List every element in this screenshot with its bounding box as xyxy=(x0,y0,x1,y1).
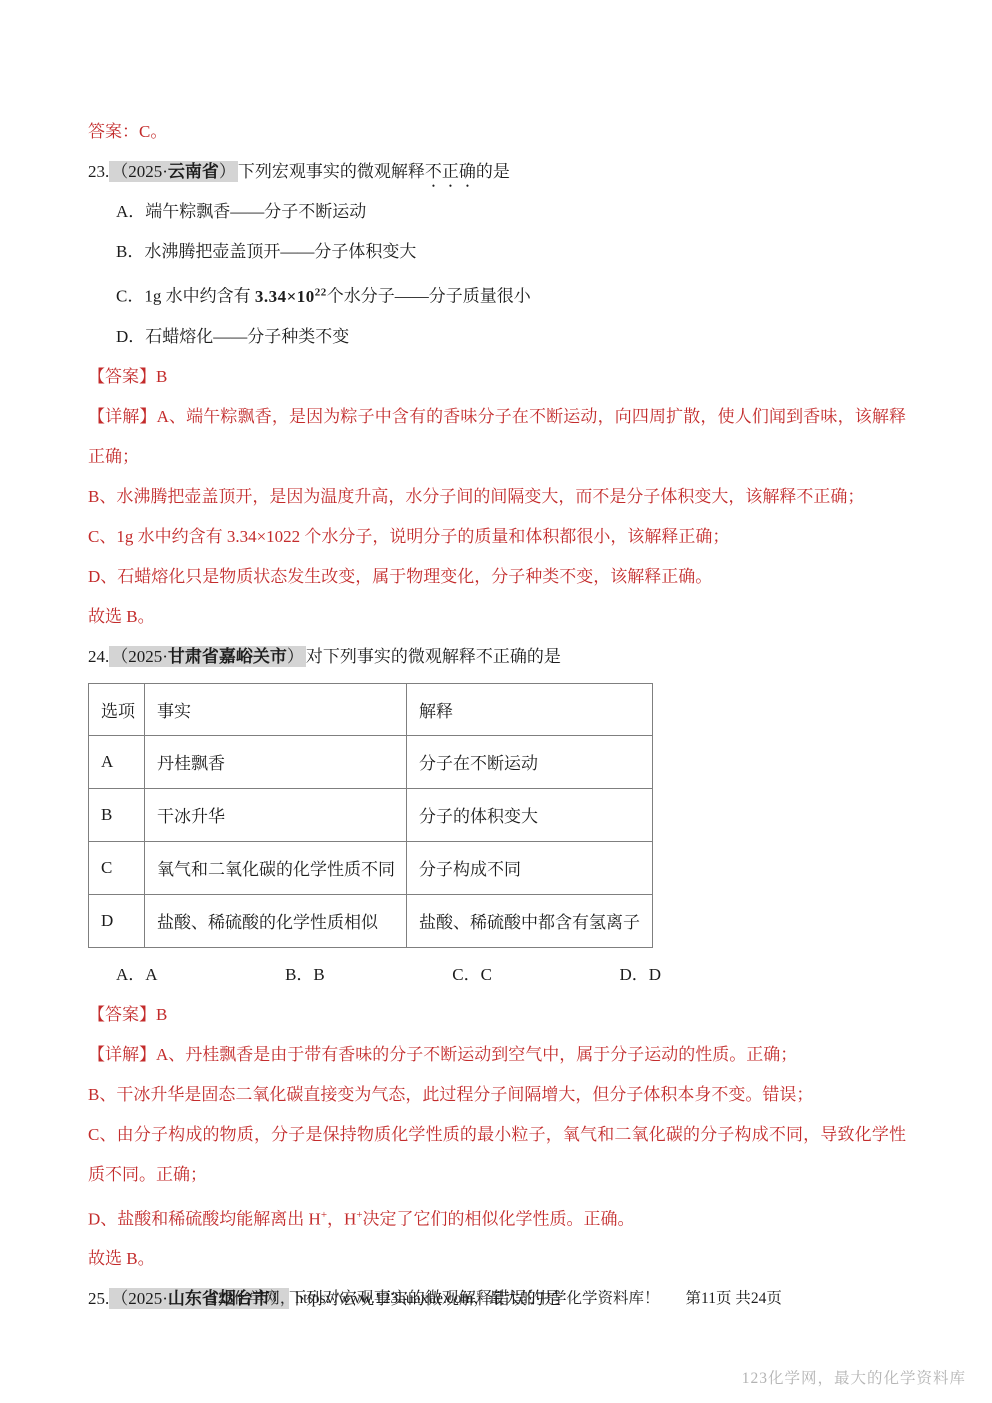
question-24-analysis-b: B、干冰升华是固态二氧化碳直接变为气态，此过程分子间隔增大，但分子体积本身不变。… xyxy=(88,1075,906,1115)
source-close: ） xyxy=(287,647,304,666)
table-header-row: 选项 事实 解释 xyxy=(89,683,653,735)
option-b-label: B． xyxy=(116,242,144,261)
stem-emphasized-text: 不正确 xyxy=(425,162,476,181)
table-cell-explanation: 分子在不断运动 xyxy=(407,735,653,788)
source-open: （2025· xyxy=(111,647,168,666)
table-cell-option: D xyxy=(89,894,145,947)
question-24-stem: 24.（2025·甘肃省嘉峪关市）对下列事实的微观解释不正确的是 xyxy=(88,637,906,677)
option-a: A．端午粽飘香——分子不断运动 xyxy=(116,192,906,232)
question-23-number: 23. xyxy=(88,162,109,181)
table-row: D 盐酸、稀硫酸的化学性质相似 盐酸、稀硫酸中都含有氢离子 xyxy=(89,894,653,947)
document-page: 答案：C。 23.（2025·云南省）下列宏观事实的微观解释不正确的是 A．端午… xyxy=(0,0,992,1319)
question-24-table: 选项 事实 解释 A 丹桂飘香 分子在不断运动 B 干冰升华 分子的体积变大 C… xyxy=(88,683,653,948)
question-23-conclusion: 故选 B。 xyxy=(88,597,906,637)
question-23-source-tag: （2025·云南省） xyxy=(109,161,238,182)
analysis-d-text: D、盐酸和稀硫酸均能解离出 H xyxy=(88,1209,321,1228)
table-cell-option: C xyxy=(89,841,145,894)
table-row: C 氧气和二氧化碳的化学性质不同 分子构成不同 xyxy=(89,841,653,894)
table-cell-option: A xyxy=(89,735,145,788)
table-cell-fact: 氧气和二氧化碳的化学性质不同 xyxy=(145,841,407,894)
option-c-label: C． xyxy=(116,287,144,306)
option-a-label: A． xyxy=(116,202,145,221)
option-d-label: D． xyxy=(116,327,145,346)
choice-d: D．D xyxy=(619,955,661,995)
option-b: B．水沸腾把壶盖顶开——分子体积变大 xyxy=(116,232,906,272)
table-row: A 丹桂飘香 分子在不断运动 xyxy=(89,735,653,788)
table-row: B 干冰升华 分子的体积变大 xyxy=(89,788,653,841)
question-24-analysis-d: D、盐酸和稀硫酸均能解离出 H+，H+决定了它们的相似化学性质。正确。 xyxy=(88,1195,906,1240)
question-23-analysis-b: B、水沸腾把壶盖顶开，是因为温度升高，水分子间的间隔变大，而不是分子体积变大，该… xyxy=(88,477,906,517)
table-cell-fact: 丹桂飘香 xyxy=(145,735,407,788)
formula-exponent: 22 xyxy=(315,286,327,298)
formula-base: 3.34×10 xyxy=(255,287,315,306)
stem-text: 下列宏观事实的微观解释 xyxy=(238,162,425,181)
stem-text-end: 的是 xyxy=(476,162,510,181)
option-c: C．1g 水中约含有 3.34×1022个水分子——分子质量很小 xyxy=(116,272,906,317)
stem-text: 对下列事实的微观解释不正确的是 xyxy=(306,647,561,666)
source-region: 云南省 xyxy=(168,162,219,181)
question-23-analysis-a: 【详解】A、端午粽飘香，是因为粽子中含有的香味分子在不断运动，向四周扩散，使人们… xyxy=(88,397,906,477)
choice-c: C．C xyxy=(452,955,492,995)
table-header-fact: 事实 xyxy=(145,683,407,735)
source-close: ） xyxy=(219,162,236,181)
option-d: D．石蜡熔化——分子种类不变 xyxy=(116,317,906,357)
option-c-text-pre: 1g 水中约含有 xyxy=(144,287,255,306)
question-24-answer: 【答案】B xyxy=(88,995,906,1035)
table-cell-option: B xyxy=(89,788,145,841)
table-cell-explanation: 分子构成不同 xyxy=(407,841,653,894)
question-24-number: 24. xyxy=(88,647,109,666)
source-open: （2025· xyxy=(111,162,168,181)
option-d-text: 石蜡熔化——分子种类不变 xyxy=(145,327,349,346)
table-header-explanation: 解释 xyxy=(407,683,653,735)
page-number: 第11页 共24页 xyxy=(686,1290,782,1307)
question-24-conclusion: 故选 B。 xyxy=(88,1239,906,1279)
question-23-options: A．端午粽飘香——分子不断运动 B．水沸腾把壶盖顶开——分子体积变大 C．1g … xyxy=(116,192,906,357)
option-b-text: 水沸腾把壶盖顶开——分子体积变大 xyxy=(144,242,416,261)
question-24-analysis-a: 【详解】A、丹桂飘香是由于带有香味的分子不断运动到空气中，属于分子运动的性质。正… xyxy=(88,1035,906,1075)
question-24-analysis-c: C、由分子构成的物质，分子是保持物质化学性质的最小粒子，氧气和二氧化碳的分子构成… xyxy=(88,1115,906,1195)
table-header-option: 选项 xyxy=(89,683,145,735)
question-23-answer: 【答案】B xyxy=(88,357,906,397)
choice-b: B．B xyxy=(285,955,325,995)
question-24-choices: A．A B．B C．C D．D xyxy=(116,955,661,995)
analysis-d-text-end: 决定了它们的相似化学性质。正确。 xyxy=(363,1209,635,1228)
option-c-text-post: 个水分子——分子质量很小 xyxy=(327,287,531,306)
table-cell-explanation: 盐酸、稀硫酸中都含有氢离子 xyxy=(407,894,653,947)
prev-answer-line: 答案：C。 xyxy=(88,112,906,152)
source-region: 甘肃省嘉峪关市 xyxy=(168,647,287,666)
question-23-analysis-d: D、石蜡熔化只是物质状态发生改变，属于物理变化，分子种类不变，该解释正确。 xyxy=(88,557,906,597)
table-cell-fact: 干冰升华 xyxy=(145,788,407,841)
scientific-notation-formula: 3.34×1022 xyxy=(255,287,327,306)
question-23-analysis-c: C、1g 水中约含有 3.34×1022 个水分子，说明分子的质量和体积都很小，… xyxy=(88,517,906,557)
table-cell-fact: 盐酸、稀硫酸的化学性质相似 xyxy=(145,894,407,947)
choice-a: A．A xyxy=(116,955,158,995)
watermark-text: 123化学网，最大的化学资料库 xyxy=(742,1366,966,1388)
table-cell-explanation: 分子的体积变大 xyxy=(407,788,653,841)
footer-site-text: 123化学网，https://www.123huaxue.com，最大的中学化学… xyxy=(210,1290,659,1307)
page-footer: 123化学网，https://www.123huaxue.com，最大的中学化学… xyxy=(0,1288,992,1310)
question-23-stem: 23.（2025·云南省）下列宏观事实的微观解释不正确的是 xyxy=(88,152,906,192)
question-24-source-tag: （2025·甘肃省嘉峪关市） xyxy=(109,646,306,667)
option-a-text: 端午粽飘香——分子不断运动 xyxy=(145,202,366,221)
analysis-d-text-mid: ，H xyxy=(327,1209,356,1228)
